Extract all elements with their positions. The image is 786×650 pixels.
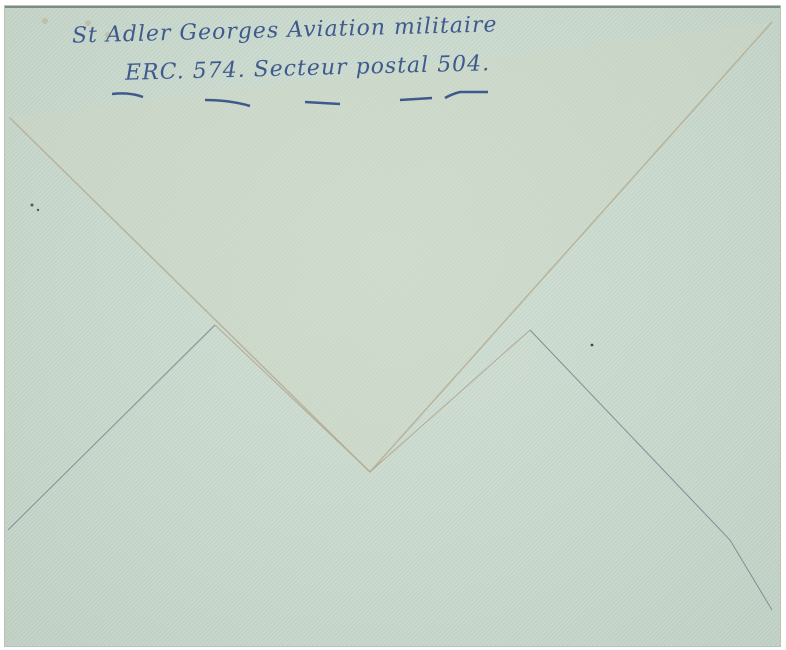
envelope-flap-lines	[0, 0, 786, 650]
